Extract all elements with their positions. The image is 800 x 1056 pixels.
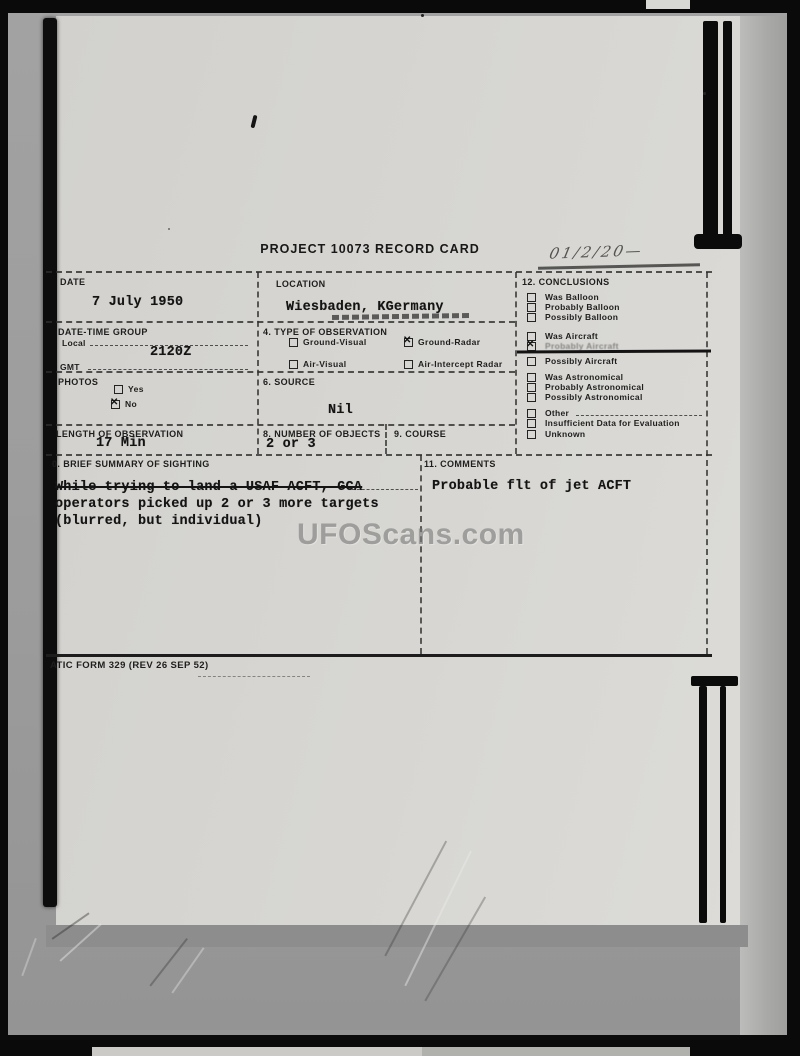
conclusion-insufficient-data: Insufficient Data for Evaluation	[527, 418, 680, 428]
type-of-observation-label: 4. TYPE OF OBSERVATION	[263, 327, 387, 337]
ground-visual-label: Ground-Visual	[303, 337, 367, 347]
binding-mark	[703, 21, 718, 239]
probably-aircraft-checkbox	[527, 342, 536, 351]
gmt-time-value: 2120Z	[150, 345, 192, 360]
source-label: 6. SOURCE	[263, 377, 315, 387]
summary-line-1: While trying to land a USAF ACFT, GCA	[55, 480, 362, 495]
card-rule	[420, 455, 422, 654]
card-rule	[46, 371, 515, 373]
air-visual-option: Air-Visual	[289, 359, 347, 369]
air-visual-label: Air-Visual	[303, 359, 347, 369]
possibly-astronomical-checkbox	[527, 393, 536, 402]
conclusion-possibly-astronomical: Possibly Astronomical	[527, 392, 643, 402]
ground-radar-option: Ground-Radar	[404, 337, 480, 347]
was-balloon-checkbox	[527, 293, 536, 302]
ground-visual-checkbox	[289, 338, 298, 347]
ground-radar-label: Ground-Radar	[418, 337, 480, 347]
photos-yes-label: Yes	[128, 384, 144, 394]
unknown-checkbox	[527, 430, 536, 439]
card-rule	[46, 454, 712, 456]
document-page	[56, 16, 740, 925]
possibly-aircraft-checkbox	[527, 357, 536, 366]
form-id: ATIC FORM 329 (REV 26 SEP 52)	[50, 660, 209, 671]
number-of-objects-value: 2 or 3	[266, 437, 316, 452]
binding-mark	[720, 686, 726, 923]
binding-mark-top	[691, 676, 738, 686]
air-intercept-radar-option: Air-Intercept Radar	[404, 359, 503, 369]
probably-astronomical-checkbox	[527, 383, 536, 392]
photos-no-checkbox	[111, 400, 120, 409]
photos-no-option: No	[111, 399, 137, 409]
photos-no-label: No	[125, 399, 137, 409]
was-astronomical-checkbox	[527, 373, 536, 382]
photos-yes-option: Yes	[114, 384, 144, 394]
card-title: PROJECT 10073 RECORD CARD	[180, 242, 560, 256]
local-label: Local	[62, 338, 86, 348]
binding-mark	[699, 686, 707, 923]
watermark: UFOScans.com	[297, 518, 525, 552]
possibly-balloon-checkbox	[527, 313, 536, 322]
underlying-page-edge	[92, 1047, 422, 1056]
card-rule	[706, 272, 708, 654]
page-bottom-shadow	[46, 925, 748, 947]
course-label: 9. COURSE	[394, 429, 446, 439]
date-label: DATE	[60, 277, 85, 287]
binding-mark-foot	[694, 234, 742, 249]
card-rule	[46, 321, 515, 323]
underlying-page-edge	[422, 1047, 690, 1056]
conclusions-label: 12. CONCLUSIONS	[522, 277, 610, 287]
conclusion-possibly-aircraft: Possibly Aircraft	[527, 356, 617, 366]
conclusion-possibly-balloon: Possibly Balloon	[527, 312, 618, 322]
frame-notch	[646, 0, 690, 9]
conclusion-probably-astronomical: Probably Astronomical	[527, 382, 644, 392]
date-time-group-label: DATE-TIME GROUP	[58, 327, 148, 337]
summary-line-3: (blurred, but individual)	[55, 514, 263, 529]
other-ruling	[576, 415, 702, 416]
conclusion-was-balloon: Was Balloon	[527, 292, 599, 302]
photos-label: PHOTOS	[58, 377, 98, 387]
speck	[168, 228, 170, 230]
date-value: 7 July 1950	[92, 295, 183, 310]
summary-strike-extension	[352, 489, 418, 490]
footer-ruling	[198, 676, 310, 677]
source-value: Nil	[328, 403, 353, 418]
other-checkbox	[527, 409, 536, 418]
conclusion-other: Other	[527, 408, 569, 418]
summary-line-2: operators picked up 2 or 3 more targets	[55, 497, 379, 512]
gmt-ruling	[88, 369, 248, 370]
binding-mark	[723, 21, 732, 239]
air-intercept-radar-label: Air-Intercept Radar	[418, 359, 503, 369]
card-rule	[46, 424, 515, 426]
page-right-edge-shadow	[740, 16, 787, 1035]
conclusion-was-astronomical: Was Astronomical	[527, 372, 623, 382]
gmt-label: GMT	[60, 362, 80, 372]
conclusion-was-aircraft: Was Aircraft	[527, 331, 598, 341]
location-label: LOCATION	[276, 279, 326, 289]
scanned-record-card-photo: PROJECT 10073 RECORD CARD 01/2/20— DATE …	[0, 0, 800, 1056]
handwritten-annotation: 01/2/20—	[548, 241, 645, 262]
speck	[421, 14, 424, 17]
photos-yes-checkbox	[114, 385, 123, 394]
conclusion-probably-balloon: Probably Balloon	[527, 302, 620, 312]
card-rule	[46, 271, 712, 273]
speck	[703, 92, 706, 95]
comments-label: 11. COMMENTS	[424, 459, 496, 469]
brief-summary-label: 0. BRIEF SUMMARY OF SIGHTING	[52, 459, 210, 469]
insufficient-data-checkbox	[527, 419, 536, 428]
air-visual-checkbox	[289, 360, 298, 369]
card-bottom-rule	[46, 654, 712, 657]
ground-visual-option: Ground-Visual	[289, 337, 367, 347]
air-intercept-radar-checkbox	[404, 360, 413, 369]
probably-balloon-checkbox	[527, 303, 536, 312]
comments-value: Probable flt of jet ACFT	[432, 479, 631, 494]
card-rule	[515, 272, 517, 454]
card-rule	[385, 424, 387, 454]
card-rule	[257, 272, 259, 454]
ground-radar-checkbox	[404, 338, 413, 347]
conclusion-unknown: Unknown	[527, 429, 585, 439]
length-of-observation-value: 17 Min	[96, 436, 146, 451]
